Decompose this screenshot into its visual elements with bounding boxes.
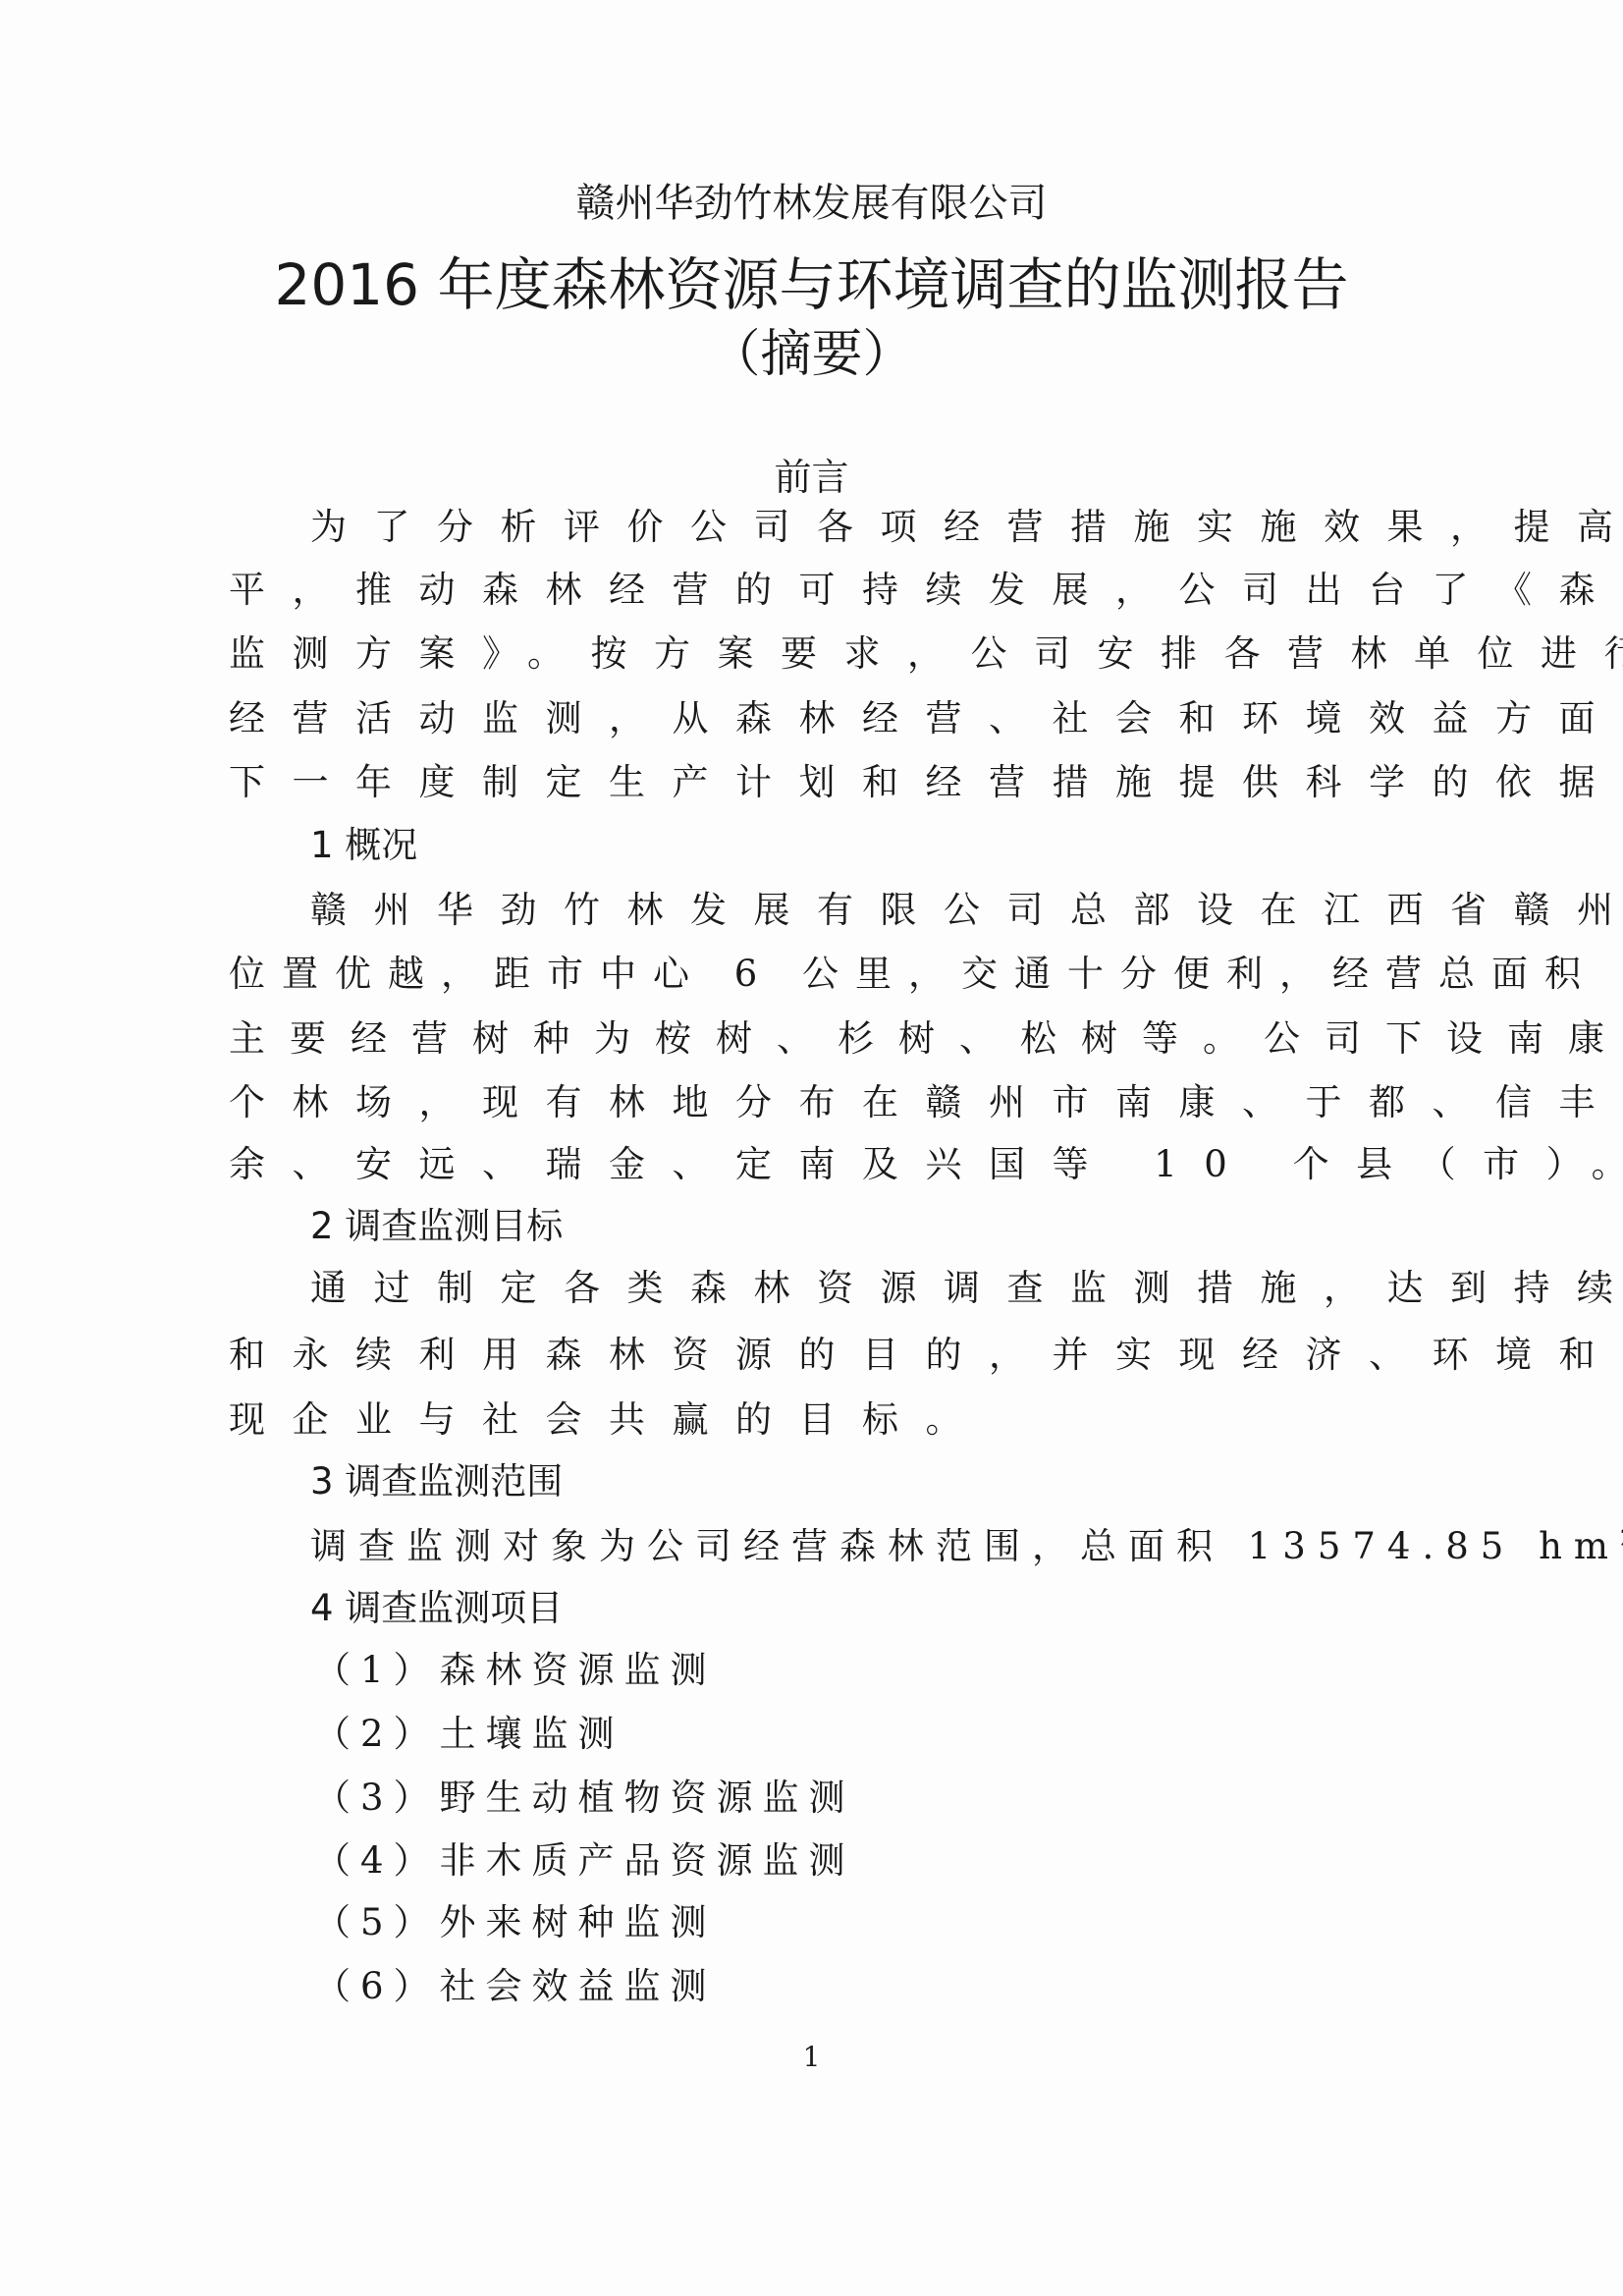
section-3-heading: 3 调查监测范围 bbox=[310, 1459, 563, 1504]
section-1-line: 赣州华劲竹林发展有限公司总部设在江西省赣州市章贡区，地理 bbox=[310, 888, 1623, 933]
preface-line: 下一年度制定生产计划和经营措施提供科学的依据。 bbox=[229, 760, 1623, 805]
section-1-line: 主要经营树种为桉树、杉树、松树等。公司下设南康、于都、安远共 3 bbox=[229, 1016, 1623, 1062]
preface-line: 平，推动森林经营的可持续发展，公司出台了《森林资源与环境调查 bbox=[229, 568, 1623, 613]
monitoring-item: （1）森林资源监测 bbox=[314, 1648, 717, 1693]
section-1-heading: 1 概况 bbox=[310, 823, 417, 868]
section-3-line-text: 调查监测对象为公司经营森林范围，总面积 13574.85 hm bbox=[310, 1525, 1620, 1567]
monitoring-item: （5）外来树种监测 bbox=[314, 1900, 717, 1945]
section-2-line: 通过制定各类森林资源调查监测措施，达到持续发展、科学经营 bbox=[310, 1266, 1623, 1311]
section-1-line: 余、安远、瑞金、定南及兴国等 10 个县（市）。 bbox=[229, 1142, 1623, 1187]
section-2-line: 现企业与社会共赢的目标。 bbox=[229, 1397, 989, 1443]
section-4-heading: 4 调查监测项目 bbox=[310, 1586, 563, 1631]
monitoring-item: （6）社会效益监测 bbox=[314, 1964, 717, 2009]
preface-heading: 前言 bbox=[0, 447, 1623, 501]
section-1-line: 位置优越，距市中心 6 公里，交通十分便利，经营总面积 13574.85 hm2… bbox=[229, 952, 1623, 997]
report-subtitle: （摘要） bbox=[0, 312, 1623, 386]
section-2-heading: 2 调查监测目标 bbox=[310, 1204, 563, 1249]
company-name: 赣州华劲竹林发展有限公司 bbox=[0, 172, 1623, 228]
preface-line: 监测方案》。按方案要求，公司安排各营林单位进行比较全面的森林 bbox=[229, 631, 1623, 677]
section-2-line: 和永续利用森林资源的目的，并实现经济、环境和社会协调发展，实 bbox=[229, 1333, 1623, 1378]
section-3-line: 调查监测对象为公司经营森林范围，总面积 13574.85 hm2。 bbox=[310, 1524, 1623, 1569]
page-number: 1 bbox=[0, 2041, 1623, 2073]
monitoring-item: （4）非木质产品资源监测 bbox=[314, 1838, 855, 1884]
monitoring-item: （2）土壤监测 bbox=[314, 1712, 624, 1757]
preface-line: 经营活动监测，从森林经营、社会和环境效益方面进行综合评价，为 bbox=[229, 696, 1623, 741]
report-title: 2016 年度森林资源与环境调查的监测报告 bbox=[0, 239, 1623, 321]
preface-line: 为了分析评价公司各项经营措施实施效果，提高森林经营管理水 bbox=[310, 505, 1623, 550]
document-page: 赣州华劲竹林发展有限公司 2016 年度森林资源与环境调查的监测报告 （摘要） … bbox=[0, 0, 1623, 2296]
monitoring-item: （3）野生动植物资源监测 bbox=[314, 1776, 855, 1821]
section-1-line: 个林场，现有林地分布在赣州市南康、于都、信丰、会昌、赣县、大 bbox=[229, 1080, 1623, 1125]
section-1-line-text: 位置优越，距市中心 6 公里，交通十分便利，经营总面积 13574.85 hm bbox=[229, 953, 1623, 995]
